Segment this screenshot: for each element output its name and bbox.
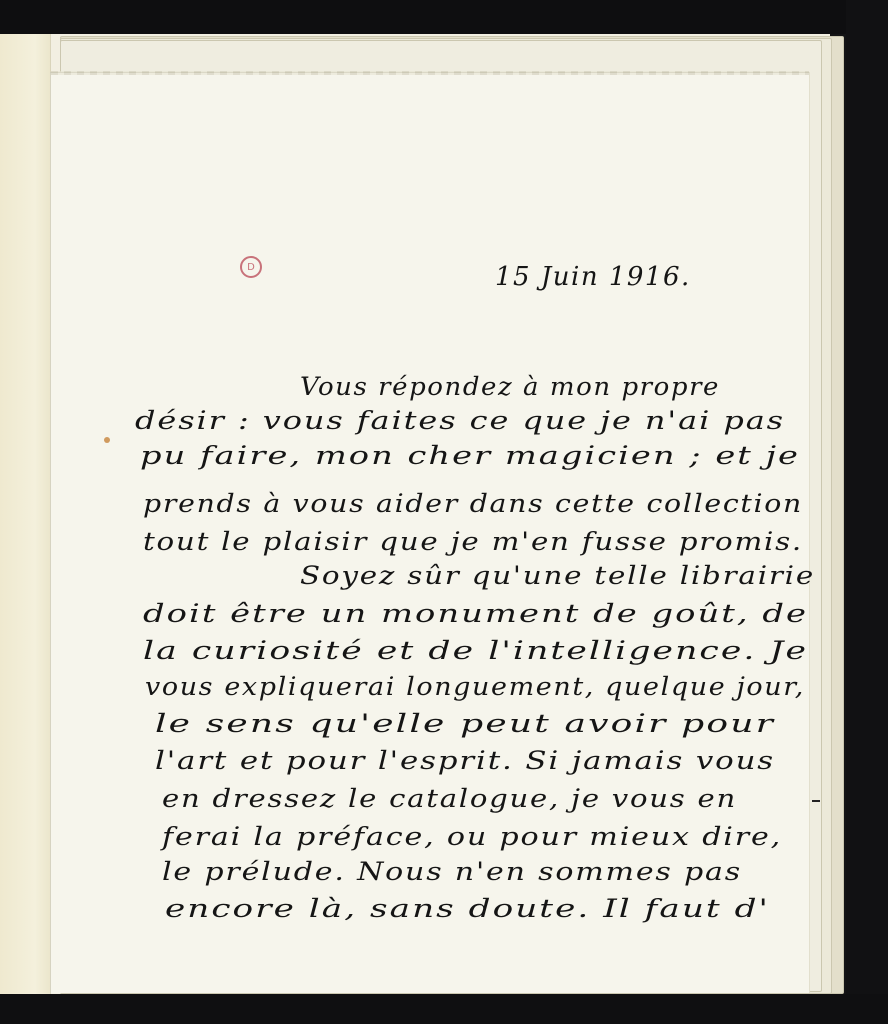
letter-line: la curiosité et de l'intelligence. Je: [143, 636, 808, 665]
letter-line: en dressez le catalogue, je vous en: [162, 784, 737, 813]
letter-line: tout le plaisir que je m'en fusse promis…: [143, 527, 803, 556]
binding-margin: [0, 34, 51, 994]
letter-line: Soyez sûr qu'une telle librairie: [300, 561, 815, 590]
ink-spot: [104, 437, 110, 443]
letter-line: pu faire, mon cher magicien ; et je: [140, 441, 800, 470]
margin-mark: [812, 800, 820, 802]
stamp-glyph: D: [247, 262, 255, 273]
letter-date: 15 Juin 1916.: [495, 262, 691, 292]
letter-line: ferai la préface, ou pour mieux dire,: [162, 822, 782, 851]
letter-line: le prélude. Nous n'en sommes pas: [162, 857, 742, 886]
letter-line: encore là, sans doute. Il faut d': [165, 894, 770, 923]
scan-border-bottom: [0, 994, 888, 1024]
scan-border-right: [846, 0, 888, 1024]
letter-line: Vous répondez à mon propre: [300, 372, 720, 401]
letter-line: le sens qu'elle peut avoir pour: [155, 709, 775, 738]
letter-line: l'art et pour l'esprit. Si jamais vous: [155, 746, 775, 775]
scan-border-top: [0, 0, 888, 34]
library-stamp-icon: D: [240, 256, 262, 278]
torn-edge: [51, 71, 809, 75]
letter-line: doit être un monument de goût, de: [143, 599, 808, 628]
letter-line: désir : vous faites ce que je n'ai pas: [135, 406, 785, 435]
letter-line: vous expliquerai longuement, quelque jou…: [145, 672, 805, 701]
letter-line: prends à vous aider dans cette collectio…: [143, 489, 803, 518]
